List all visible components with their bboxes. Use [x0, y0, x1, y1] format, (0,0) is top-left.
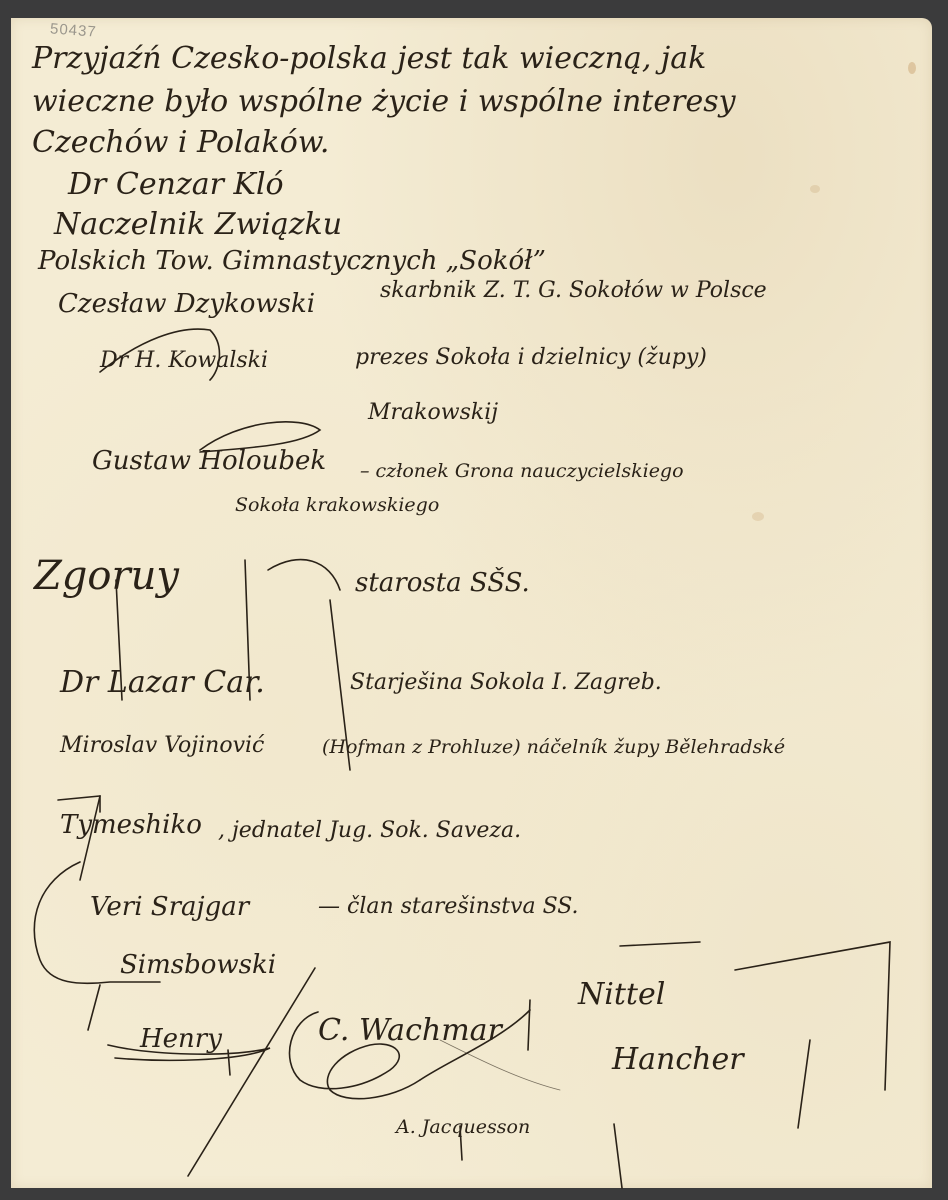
signature-title: Starješina Sokola I. Zagreb. [350, 672, 662, 694]
signature-name: Hancher [612, 1045, 744, 1075]
signature-title: – członek Grona nauczycielskiego [360, 462, 684, 481]
signature-title: , jednatel Jug. Sok. Saveza. [218, 820, 521, 842]
foxing-stain [810, 185, 820, 193]
signature-title: (Hofman z Prohluze) náčelník župy Bělehr… [322, 738, 785, 757]
signature-title: skarbnik Z. T. G. Sokołów w Polsce [380, 280, 767, 302]
signature-title: starosta SŠS. [355, 570, 530, 596]
foxing-stain [752, 512, 764, 521]
signature-name: Dr Lazar Car. [60, 668, 265, 698]
intro-line-1: Przyjaźń Czesko-polska jest tak wieczną,… [32, 44, 706, 74]
signature-name: Nittel [578, 980, 665, 1010]
signature-name: Miroslav Vojinović [60, 735, 264, 757]
signature-name: Mrakowskij [368, 402, 498, 424]
signature-name: A. Jacquesson [396, 1118, 530, 1137]
signature-name: Dr Cenzar Kló [68, 170, 284, 200]
signature-name: Naczelnik Związku [54, 210, 342, 240]
foxing-stain [908, 62, 916, 74]
signature-name: Gustaw Holoubek [92, 448, 326, 474]
archive-number: 50437 [49, 20, 97, 40]
signature-title: Sokoła krakowskiego [235, 496, 439, 515]
signature-name: C. Wachmar [318, 1016, 502, 1046]
intro-line-2: wieczne było wspólne życie i wspólne int… [32, 87, 736, 117]
signature-name: Czesław Dzykowski [58, 291, 315, 317]
signature-title: — član starešinstva SS. [318, 896, 579, 918]
signature-name: Zgoruy [34, 556, 179, 596]
signature-name: Henry [140, 1026, 222, 1052]
signature-name: Dr H. Kowalski [100, 350, 268, 372]
signature-title: prezes Sokoła i dzielnicy (župy) [355, 347, 707, 369]
intro-line-3: Czechów i Polaków. [32, 128, 329, 158]
signature-name: Simsbowski [120, 952, 276, 978]
signature-name: Tymeshiko [60, 812, 202, 838]
signature-name: Veri Srajgar [90, 894, 249, 920]
signature-name: Polskich Tow. Gimnastycznych „Sokół” [38, 248, 546, 274]
